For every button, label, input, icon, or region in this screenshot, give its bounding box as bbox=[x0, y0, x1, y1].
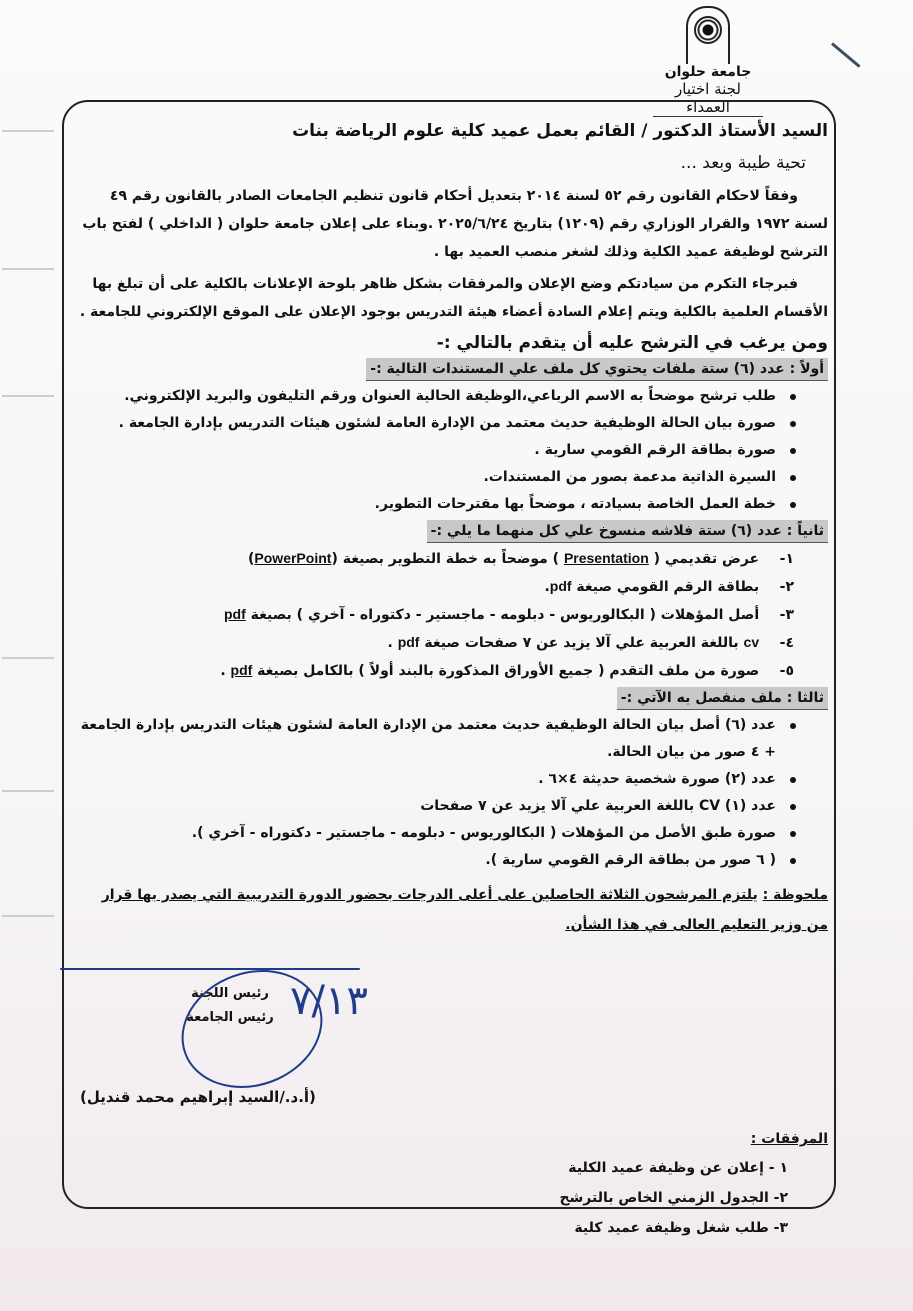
section3-heading: ثالثا : ملف منفصل به الآتي :- bbox=[617, 687, 828, 710]
letter-body: السيد الأستاذ الدكتور / القائم بعمل عميد… bbox=[78, 114, 828, 940]
list-item: صورة بيان الحالة الوظيفية حديث معتمد من … bbox=[78, 410, 798, 437]
section3-list: عدد (٦) أصل بيان الحالة الوظيفية حديث مع… bbox=[78, 712, 828, 874]
signature-stroke bbox=[60, 968, 360, 970]
addressee: السيد الأستاذ الدكتور / القائم بعمل عميد… bbox=[78, 114, 828, 148]
section1-heading: أولاً : عدد (٦) ستة ملفات يحتوي كل ملف ع… bbox=[366, 358, 828, 381]
list-item: ٣- طلب شغل وظيفة عميد كلية bbox=[508, 1213, 788, 1243]
margin-noise bbox=[2, 915, 54, 917]
pen-mark bbox=[831, 42, 861, 67]
section2-heading: ثانياً : عدد (٦) ستة فلاشه منسوخ علي كل … bbox=[427, 520, 828, 543]
margin-noise bbox=[2, 395, 54, 397]
section2-list: ١- عرض تقديمي ( Presentation ) موضحاً به… bbox=[78, 545, 828, 685]
university-name: جامعة حلوان bbox=[653, 64, 763, 80]
signatory-name: (أ.د./السيد إبراهيم محمد قنديل) bbox=[80, 1088, 370, 1106]
university-logo-icon bbox=[686, 6, 730, 64]
list-item: السيرة الذاتية مدعمة بصور من المستندات. bbox=[78, 464, 798, 491]
margin-noise bbox=[2, 268, 54, 270]
note-text: يلتزم المرشحون الثلاثة الحاصلين على أعلى… bbox=[102, 887, 828, 933]
greeting: تحية طيبة وبعد ... bbox=[78, 148, 828, 178]
list-item: خطة العمل الخاصة بسيادته ، موضحاً بها مق… bbox=[78, 491, 798, 518]
list-item: ١ - إعلان عن وظيفة عميد الكلية bbox=[508, 1153, 788, 1183]
list-item: ( ٦ صور من بطاقة الرقم القومي سارية ). bbox=[78, 847, 798, 874]
margin-noise bbox=[2, 790, 54, 792]
margin-noise bbox=[2, 130, 54, 132]
section1-list: طلب ترشح موضحاً به الاسم الرباعي،الوظيفة… bbox=[78, 383, 828, 518]
list-item: صورة طبق الأصل من المؤهلات ( البكالوريوس… bbox=[78, 820, 798, 847]
list-item: ٥- صورة من ملف التقدم ( جميع الأوراق الم… bbox=[78, 657, 794, 685]
margin-noise bbox=[2, 657, 54, 659]
attachments-heading: المرفقات : bbox=[508, 1125, 828, 1153]
attachments: المرفقات : ١ - إعلان عن وظيفة عميد الكلي… bbox=[508, 1125, 828, 1243]
list-item: ٢- الجدول الزمني الخاص بالترشح bbox=[508, 1183, 788, 1213]
apply-intro: ومن يرغب في الترشح عليه أن يتقدم بالتالي… bbox=[78, 330, 828, 356]
list-item: صورة بطاقة الرقم القومي سارية . bbox=[78, 437, 798, 464]
attachments-list: ١ - إعلان عن وظيفة عميد الكلية ٢- الجدول… bbox=[508, 1153, 828, 1243]
note: ملحوظة : يلتزم المرشحون الثلاثة الحاصلين… bbox=[78, 880, 828, 940]
list-item: ٢- بطاقة الرقم القومي صيغة pdf. bbox=[78, 573, 794, 601]
list-item: ١- عرض تقديمي ( Presentation ) موضحاً به… bbox=[78, 545, 794, 573]
list-item: طلب ترشح موضحاً به الاسم الرباعي،الوظيفة… bbox=[78, 383, 798, 410]
paragraph-request: فبرجاء التكرم من سيادتكم وضع الإعلان وال… bbox=[78, 270, 828, 326]
document-page: جامعة حلوان لجنة اختيار العمداء السيد ال… bbox=[0, 0, 913, 1311]
list-item: عدد (٢) صورة شخصية حديثة ٤×٦ . bbox=[78, 766, 798, 793]
signature-block: رئيس اللجنة رئيس الجامعة (أ.د./السيد إبر… bbox=[80, 982, 380, 1030]
list-item: ٣- أصل المؤهلات ( البكالوريوس - دبلومه -… bbox=[78, 601, 794, 629]
note-label: ملحوظة : bbox=[763, 887, 828, 903]
paragraph-legal-basis: وفقاً لاحكام القانون رقم ٥٢ لسنة ٢٠١٤ بت… bbox=[78, 182, 828, 266]
list-item: ٤- cv باللغة العربية علي آلا يزيد عن ٧ ص… bbox=[78, 629, 794, 657]
list-item: عدد (٦) أصل بيان الحالة الوظيفية حديث مع… bbox=[78, 712, 798, 766]
list-item: عدد (١) CV باللغة العربية علي آلا يزيد ع… bbox=[78, 793, 798, 820]
